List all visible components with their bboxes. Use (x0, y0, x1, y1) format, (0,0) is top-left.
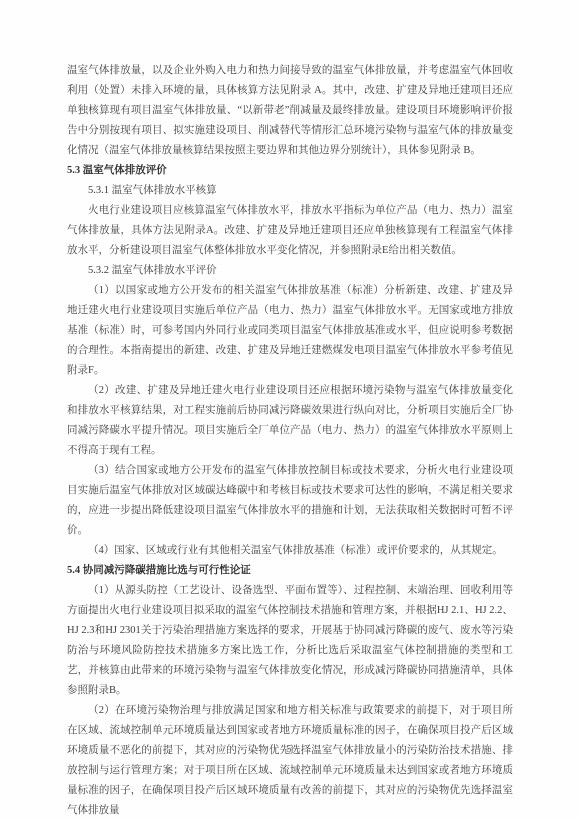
paragraph-item-1: （1）以国家或地方公开发布的相关温室气体排放基准（标准）分析新建、改建、扩建及异… (67, 281, 513, 381)
page-number: 5 (0, 744, 578, 755)
paragraph-item-1-sec54: （1）从源头防控（工艺设计、设备选型、平面布置等）、过程控制、末端治理、回收利用… (67, 581, 513, 701)
document-text-block: 温室气体排放量，以及企业外购入电力和热力间接导致的温室气体排放量，并考虑温室气体… (67, 61, 513, 818)
sub-heading-5-3-2: 5.3.2 温室气体排放水平评价 (67, 261, 513, 281)
paragraph-item-2-sec54: （2）在环境污染物治理与排放满足国家和地方相关标准与政策要求的前提下，对于项目所… (67, 701, 513, 818)
paragraph: 火电行业建设项目应核算温室气体排放水平，排放水平指标为单位产品（电力、热力）温室… (67, 201, 513, 261)
paragraph-item-2: （2）改建、扩建及异地迁建火电行业建设项目还应根据环境污染物与温室气体排放量变化… (67, 381, 513, 461)
section-heading-5-4: 5.4 协同减污降碳措施比选与可行性论证 (67, 561, 513, 581)
paragraph-continuation: 温室气体排放量，以及企业外购入电力和热力间接导致的温室气体排放量，并考虑温室气体… (67, 61, 513, 161)
document-page: 温室气体排放量，以及企业外购入电力和热力间接导致的温室气体排放量，并考虑温室气体… (0, 0, 578, 818)
sub-heading-5-3-1: 5.3.1 温室气体排放水平核算 (67, 181, 513, 201)
section-heading-5-3: 5.3 温室气体排放评价 (67, 161, 513, 181)
paragraph-item-4: （4）国家、区域或行业有其他相关温室气体排放基准（标准）或评价要求的，从其规定。 (67, 541, 513, 561)
paragraph-item-3: （3）结合国家或地方公开发布的温室气体排放控制目标或技术要求，分析火电行业建设项… (67, 461, 513, 541)
